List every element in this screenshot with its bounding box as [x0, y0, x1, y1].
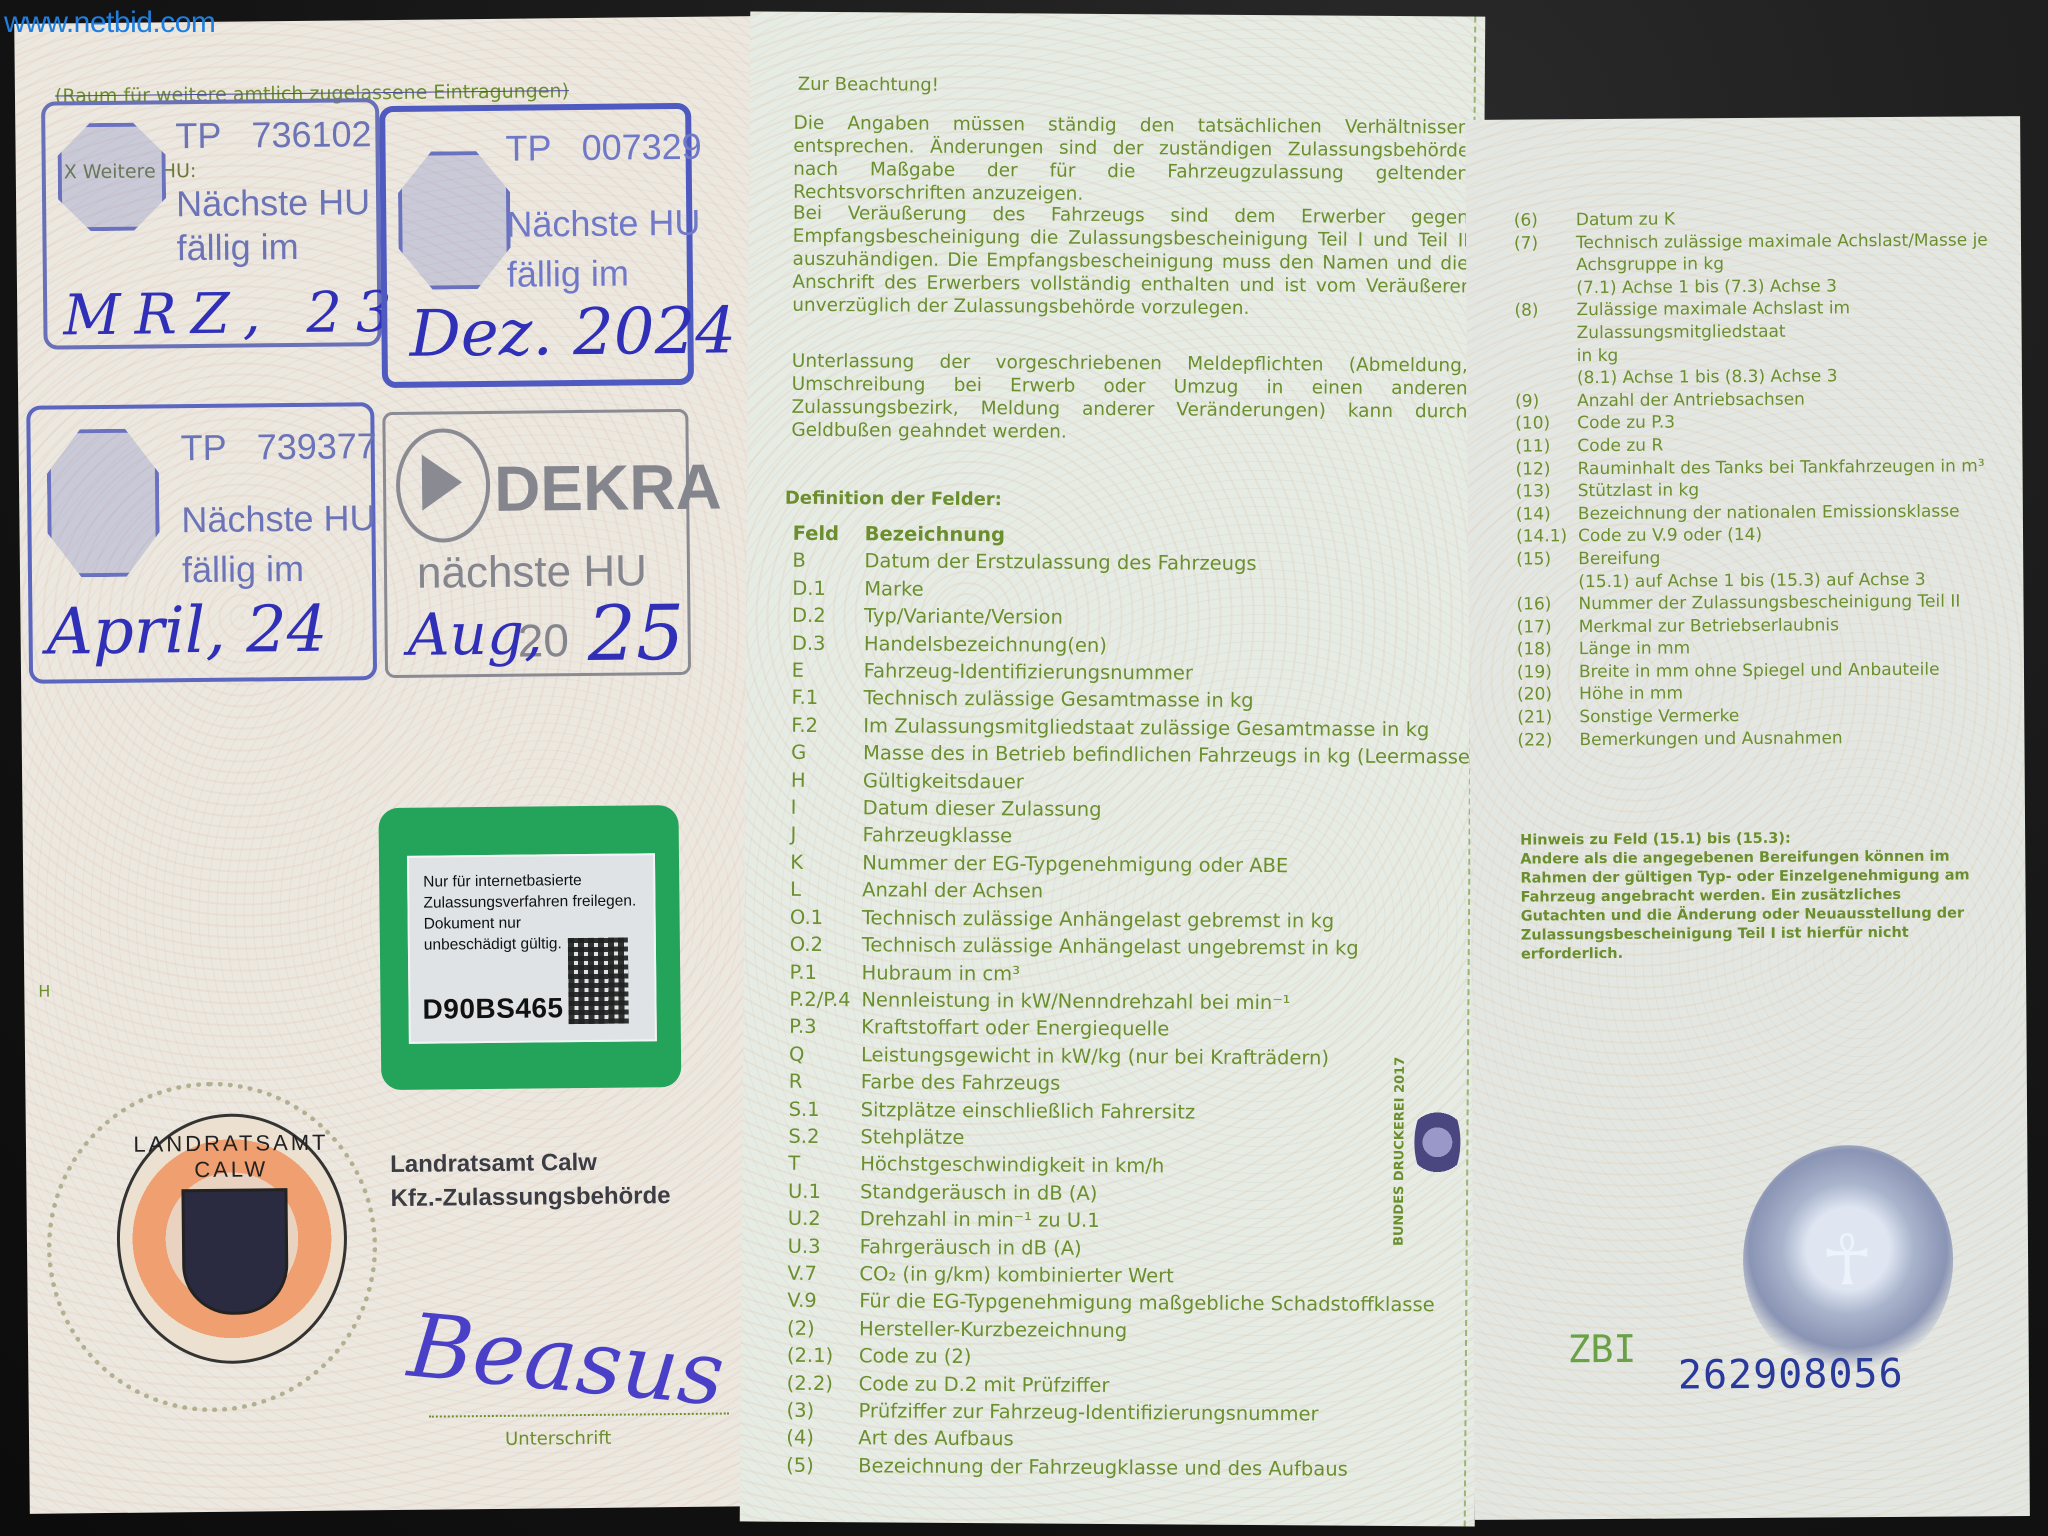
field-description: Anzahl der Achsen: [862, 877, 1043, 906]
tyre-note: Hinweis zu Feld (15.1) bis (15.3): Ander…: [1520, 828, 1991, 964]
watermark-text: www.netbid.com: [4, 6, 215, 40]
field-description: Masse des in Betrieb befindlichen Fahrze…: [863, 740, 1478, 772]
right-page: (6)Datum zu K(7)Technisch zulässige maxi…: [1465, 116, 2030, 1520]
field-code: U.2: [788, 1205, 860, 1233]
field-description: CO₂ (in g/km) kombinierter Wert: [859, 1260, 1174, 1290]
field-description: Technisch zulässige Anhängelast gebremst…: [862, 904, 1334, 935]
field-code: B: [792, 547, 864, 575]
document-type-code: ZBI: [1568, 1327, 1637, 1371]
field-code: [1514, 254, 1576, 277]
field-description: Sitzplätze einschließlich Fahrersitz: [861, 1096, 1196, 1126]
h-mark: H: [38, 982, 50, 1001]
field-code: (8): [1514, 300, 1576, 346]
field-description: Zulässige maximale Achslast im Zulassung…: [1576, 296, 2014, 344]
field-code: (12): [1515, 458, 1577, 481]
field-code: (20): [1517, 684, 1579, 707]
field-description: Achsgruppe in kg: [1576, 251, 2014, 277]
printer-mark: BUNDES DRUCKEREI 2017: [1392, 1057, 1408, 1246]
field-code: (16): [1516, 593, 1578, 616]
serial-number: 262908056: [1678, 1351, 1904, 1399]
field-description: Code zu (2): [859, 1342, 972, 1370]
field-definitions-list: Feld Bezeichnung BDatum der Erstzulassun…: [786, 520, 1473, 1484]
notice-paragraph-1: Die Angaben müssen ständig den tatsächli…: [793, 112, 1470, 209]
field-code: V.7: [787, 1260, 859, 1288]
field-description: Bereifung: [1578, 545, 2016, 571]
dekra-logo-icon: [395, 428, 490, 543]
field-code: D.2: [792, 602, 864, 630]
hu-stamp-2: TP 007329 Nächste HU fällig im Dez. 2024: [379, 103, 694, 388]
field-code: (7): [1514, 232, 1576, 255]
hu-stamp-1: TP 736102 Nächste HU fällig im MRZ, 23: [41, 98, 382, 350]
field-code: I: [791, 794, 863, 822]
field-description: Im Zulassungsmitgliedstaat zulässige Ges…: [863, 712, 1429, 743]
field-code: (19): [1517, 661, 1579, 684]
field-code: (3): [786, 1397, 858, 1425]
field-description: Leistungsgewicht in kW/kg (nur bei Kraft…: [861, 1041, 1329, 1072]
field-code: P.1: [789, 958, 861, 986]
notice-paragraph-3: Unterlassung der vorgeschriebenen Meldep…: [791, 350, 1468, 447]
field-description: (8.1) Achse 1 bis (8.3) Achse 3: [1577, 364, 2015, 390]
field-description: Fahrgeräusch in dB (A): [860, 1233, 1082, 1262]
field-description: Standgeräusch in dB (A): [860, 1178, 1098, 1207]
field-code: (13): [1516, 480, 1578, 503]
field-code: [1516, 571, 1578, 594]
field-description: Fahrzeug-Identifizierungsnummer: [864, 657, 1193, 687]
field-code: Q: [789, 1040, 861, 1068]
field-definitions-continued: (6)Datum zu K(7)Technisch zulässige maxi…: [1514, 206, 2018, 752]
field-code: F.2: [791, 712, 863, 740]
field-code: H: [791, 766, 863, 794]
sticker-code: D90BS465: [422, 992, 563, 1025]
field-code: (2.1): [787, 1342, 859, 1370]
field-code: U.3: [788, 1232, 860, 1260]
field-description: Für die EG-Typgenehmigung maßgebliche Sc…: [859, 1288, 1435, 1319]
field-description: Datum der Erstzulassung des Fahrzeugs: [864, 548, 1256, 578]
field-description: Bezeichnung der Fahrzeugklasse und des A…: [858, 1452, 1348, 1483]
official-seal: LANDRATSAMT CALW: [116, 1113, 349, 1365]
field-code: (5): [786, 1452, 858, 1480]
field-description: Stützlast in kg: [1578, 477, 2016, 503]
field-description: Nennleistung in kW/Nenndrehzahl bei min⁻…: [861, 986, 1290, 1016]
field-description: Code zu V.9 oder (14): [1578, 522, 2016, 548]
handwritten-date-3: April, 24: [46, 593, 328, 670]
field-description: Drehzahl in min⁻¹ zu U.1: [860, 1205, 1100, 1234]
field-description: Technisch zulässige maximale Achslast/Ma…: [1576, 229, 2014, 255]
field-definition-row: (5)Bezeichnung der Fahrzeugklasse und de…: [786, 1452, 1466, 1484]
field-description: in kg: [1577, 342, 2015, 368]
field-definition-row: (22)Bemerkungen und Ausnahmen: [1517, 726, 2017, 752]
field-code: P.3: [789, 1013, 861, 1041]
sticker-label: Nur für internetbasierte Zulassungsverfa…: [407, 853, 657, 1044]
field-description: Technisch zulässige Gesamtmasse in kg: [863, 685, 1253, 715]
dekra-stamp: DEKRA nächste HU 20 Aug, 25: [382, 409, 691, 678]
field-code: (15): [1516, 548, 1578, 571]
notice-title: Zur Beachtung!: [798, 74, 939, 96]
field-code: (2.2): [787, 1369, 859, 1397]
field-code: J: [790, 821, 862, 849]
field-code: (6): [1514, 209, 1576, 232]
federal-eagle-icon: ☥: [1807, 1205, 1888, 1316]
field-description: Länge in mm: [1579, 635, 2017, 661]
field-code: S.1: [789, 1095, 861, 1123]
field-description: Typ/Variante/Version: [864, 602, 1063, 631]
field-code: O.2: [790, 931, 862, 959]
field-description: (15.1) auf Achse 1 bis (15.3) auf Achse …: [1578, 568, 2016, 594]
field-description: Breite in mm ohne Spiegel und Anbauteile: [1579, 658, 2017, 684]
field-description: Hubraum in cm³: [861, 959, 1020, 988]
field-code: T: [788, 1150, 860, 1178]
field-code: (9): [1515, 390, 1577, 413]
field-code: (14.1): [1516, 525, 1578, 548]
field-description: Prüfziffer zur Fahrzeug-Identifizierungs…: [858, 1397, 1318, 1428]
field-description: Gültigkeitsdauer: [863, 767, 1024, 796]
definitions-title: Definition der Felder:: [785, 488, 1002, 511]
field-description: Art des Aufbaus: [858, 1425, 1014, 1453]
handwritten-date-4-year: 25: [587, 588, 685, 678]
field-description: Code zu P.3: [1577, 409, 2015, 435]
field-code: F.1: [791, 684, 863, 712]
field-code: (22): [1517, 729, 1579, 752]
hologram-seal: ☥: [1742, 1145, 1954, 1376]
field-description: Hersteller-Kurzbezeichnung: [859, 1315, 1127, 1344]
field-description: Nummer der EG-Typgenehmigung oder ABE: [862, 849, 1288, 879]
field-description: Technisch zulässige Anhängelast ungebrem…: [862, 931, 1359, 962]
field-code: O.1: [790, 903, 862, 931]
field-code: V.9: [787, 1287, 859, 1315]
signature: Beasus: [404, 1294, 729, 1426]
field-description: Stehplätze: [860, 1123, 964, 1151]
field-description: Farbe des Fahrzeugs: [861, 1068, 1061, 1097]
field-description: Sonstige Vermerke: [1579, 703, 2017, 729]
field-code: (10): [1515, 413, 1577, 436]
field-description: Marke: [864, 575, 924, 603]
issuing-authority: Landratsamt Calw Kfz.-Zulassungsbehörde: [390, 1145, 671, 1216]
field-code: K: [790, 849, 862, 877]
field-code: [1514, 277, 1576, 300]
field-code: G: [791, 739, 863, 767]
handwritten-date-4-month: Aug,: [407, 599, 543, 668]
field-description: (7.1) Achse 1 bis (7.3) Achse 3: [1576, 274, 2014, 300]
field-code: (21): [1517, 706, 1579, 729]
left-page: (Raum für weitere amtlich zugelassene Ei…: [14, 16, 770, 1514]
field-description: Anzahl der Antriebsachsen: [1577, 387, 2015, 413]
field-code: (4): [786, 1424, 858, 1452]
field-code: L: [790, 876, 862, 904]
field-description: Nummer der Zulassungsbescheinigung Teil …: [1578, 590, 2016, 616]
field-code: P.2/P.4: [789, 986, 861, 1014]
field-definition-row: (8)Zulässige maximale Achslast im Zulass…: [1514, 296, 2014, 345]
field-description: Datum dieser Zulassung: [863, 794, 1102, 823]
tuv-octagon-icon: [46, 428, 160, 577]
field-code: E: [792, 657, 864, 685]
tuv-octagon-icon: [398, 151, 511, 290]
field-description: Höchstgeschwindigkeit in km/h: [860, 1151, 1164, 1181]
field-code: (18): [1517, 638, 1579, 661]
notice-paragraph-2: Bei Veräußerung des Fahrzeugs sind dem E…: [792, 202, 1469, 322]
field-code: (2): [787, 1315, 859, 1343]
field-description: Code zu R: [1577, 432, 2015, 458]
field-code: (14): [1516, 503, 1578, 526]
online-registration-sticker[interactable]: Nur für internetbasierte Zulassungsverfa…: [378, 805, 681, 1090]
handwritten-date-2: Dez. 2024: [409, 294, 736, 371]
field-code: D.3: [792, 629, 864, 657]
field-code: [1515, 367, 1577, 390]
coat-of-arms-icon: [181, 1188, 288, 1315]
datamatrix-code-icon: [568, 938, 629, 1025]
field-description: Bezeichnung der nationalen Emissionsklas…: [1578, 500, 2016, 526]
tuv-octagon-icon: [57, 122, 166, 231]
field-code: U.1: [788, 1177, 860, 1205]
signature-label: Unterschrift: [505, 1428, 611, 1450]
hu-stamp-3: TP 739377 Nächste HU fällig im April, 24: [26, 402, 377, 684]
field-code: R: [789, 1068, 861, 1096]
field-code: (11): [1515, 435, 1577, 458]
field-description: Merkmal zur Betriebserlaubnis: [1579, 613, 2017, 639]
field-code: [1515, 345, 1577, 368]
seal-text: LANDRATSAMT CALW: [119, 1130, 344, 1184]
field-description: Höhe in mm: [1579, 681, 2017, 707]
field-description: Kraftstoffart oder Energiequelle: [861, 1014, 1169, 1044]
field-description: Rauminhalt des Tanks bei Tankfahrzeugen …: [1577, 455, 2015, 481]
field-description: Datum zu K: [1576, 206, 2014, 232]
field-code: D.1: [792, 575, 864, 603]
field-code: (17): [1517, 616, 1579, 639]
handwritten-date-1: MRZ, 23: [63, 280, 406, 349]
field-description: Bemerkungen und Ausnahmen: [1579, 726, 2017, 752]
field-code: S.2: [788, 1123, 860, 1151]
field-description: Code zu D.2 mit Prüfziffer: [859, 1370, 1110, 1399]
middle-page: Zur Beachtung! Die Angaben müssen ständi…: [740, 11, 1486, 1526]
field-description: Fahrzeugklasse: [862, 822, 1012, 850]
field-description: Handelsbezeichnung(en): [864, 630, 1107, 659]
